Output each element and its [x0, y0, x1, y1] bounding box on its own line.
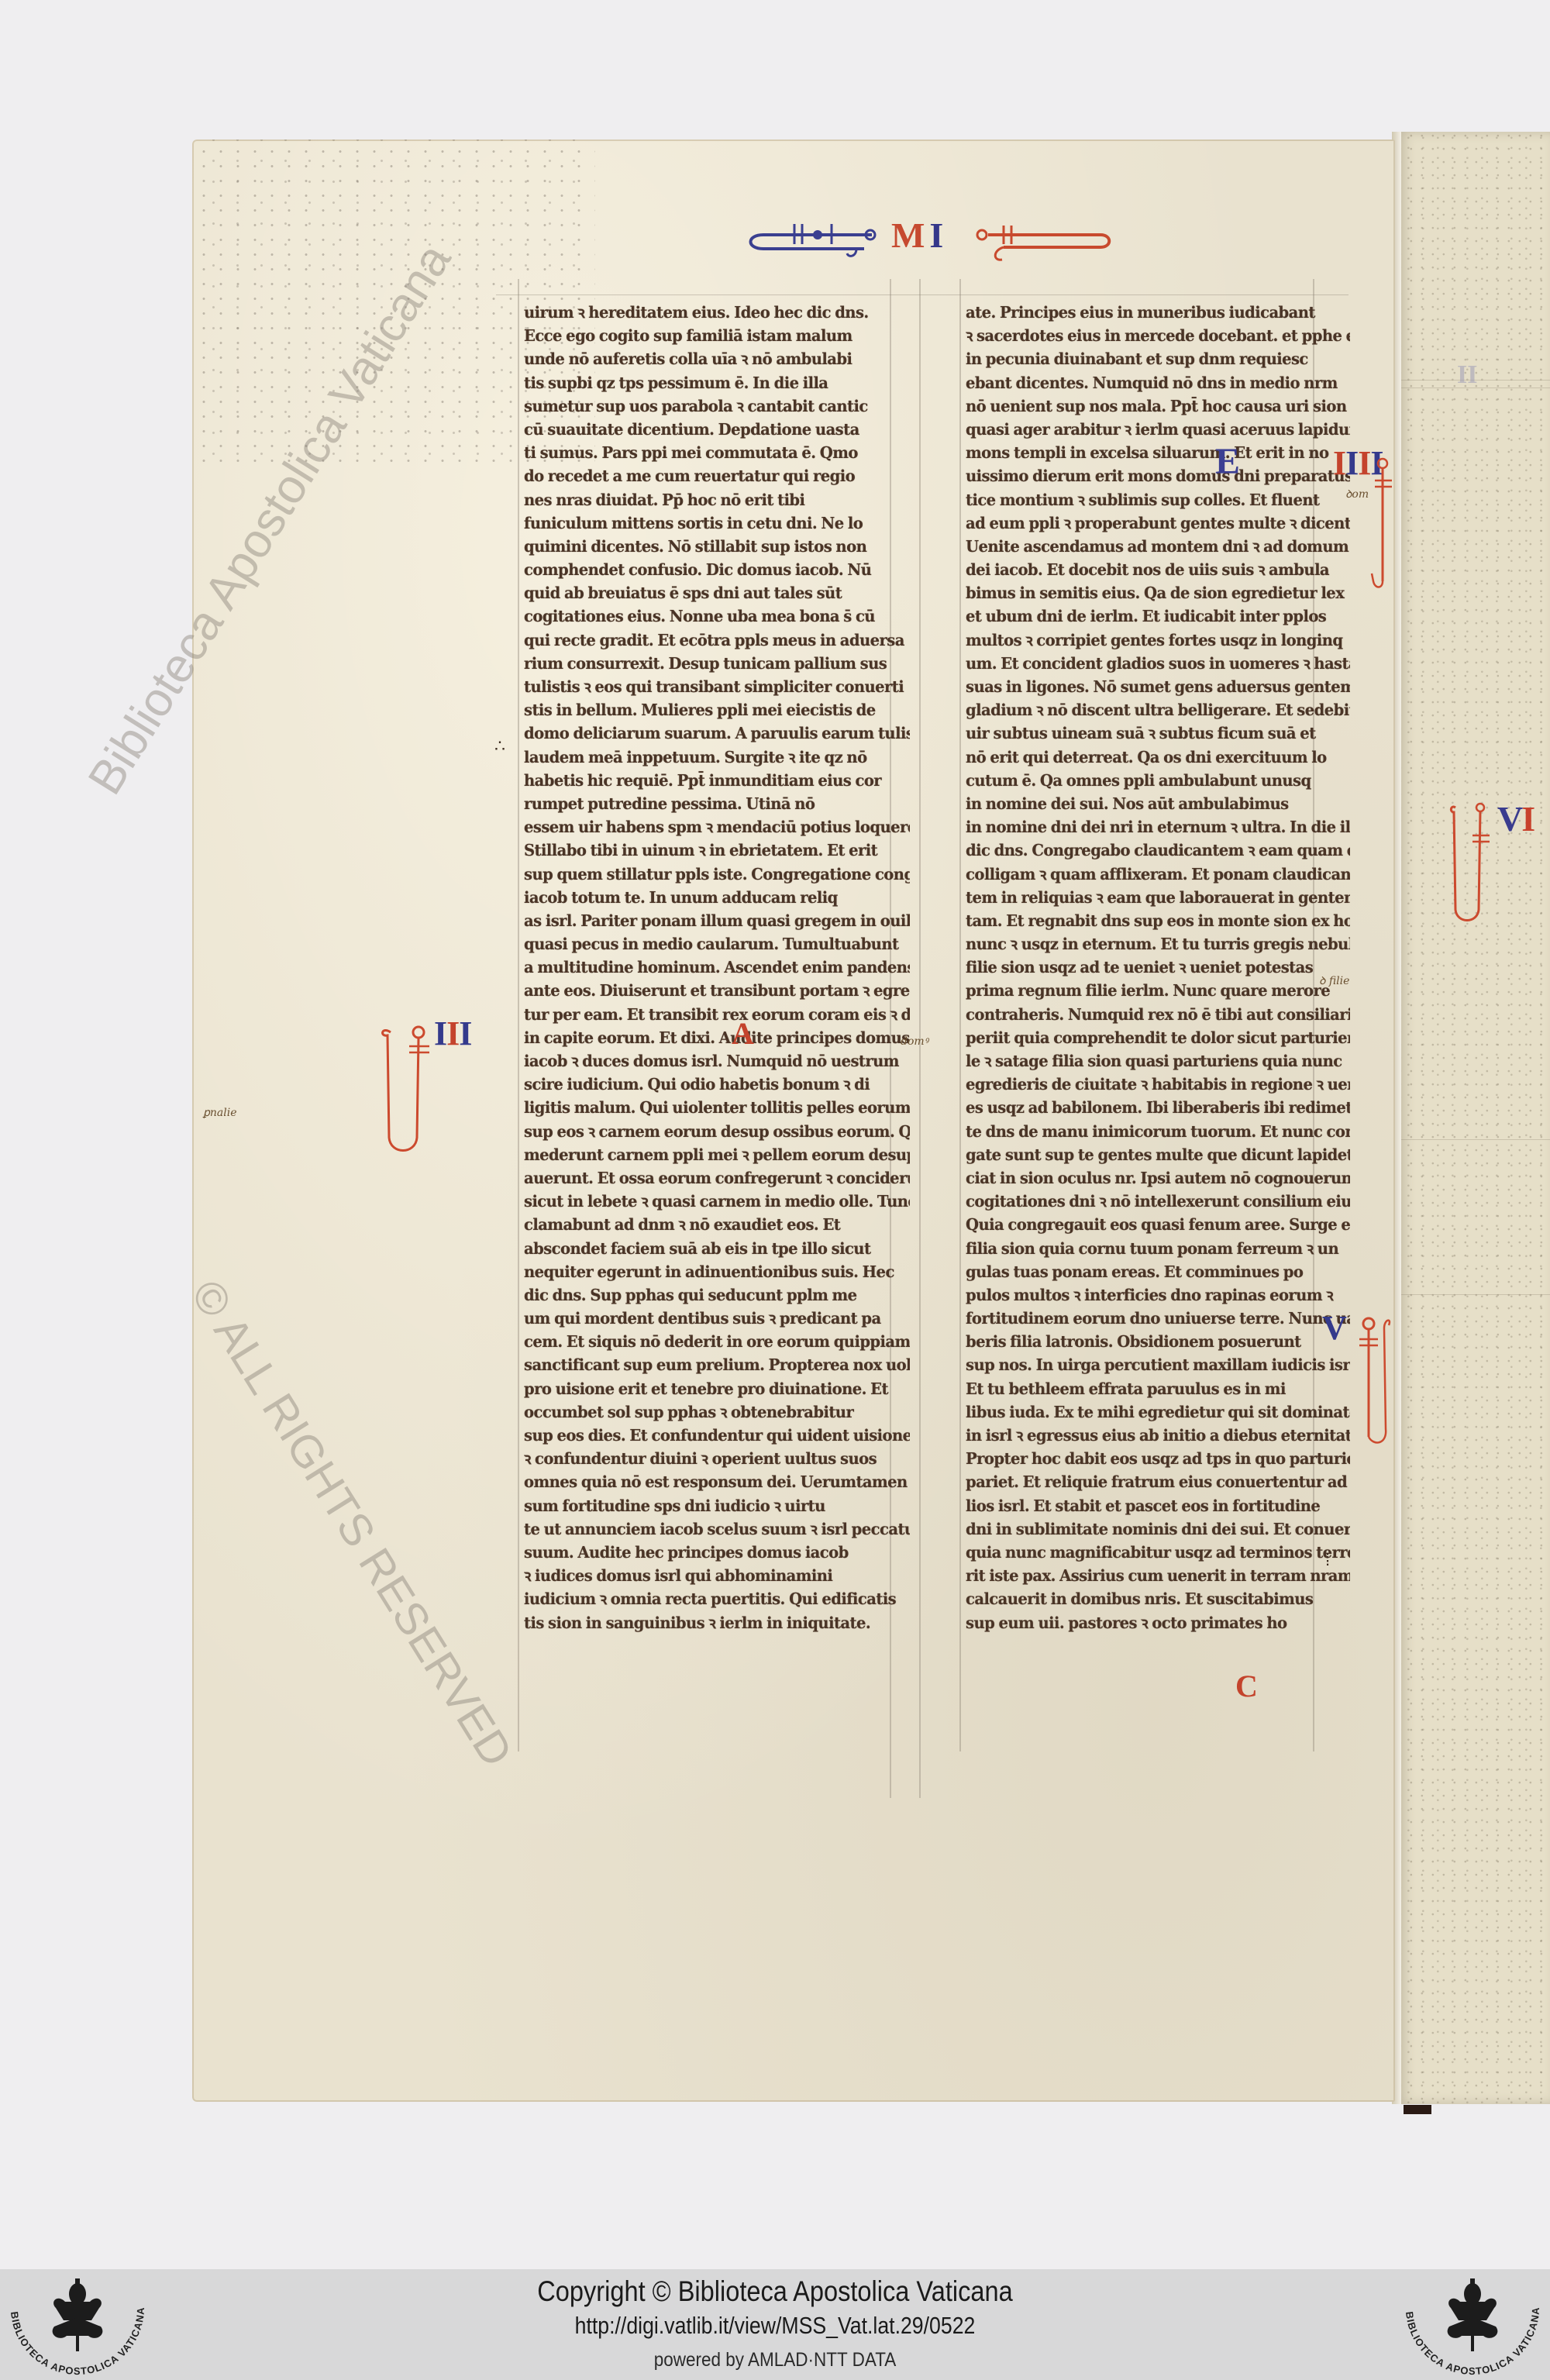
manuscript-text-line: um. Et concident gladios suos in uomeres…	[966, 652, 1335, 675]
manuscript-text-line: filia sion quia cornu tuum ponam ferreum…	[966, 1237, 1335, 1260]
manuscript-text-line: domo deliciarum suarum. A paruulis earum…	[524, 722, 894, 745]
manuscript-text-line: uir subtus uineam suā ꝛ subtus ficum suā…	[966, 722, 1335, 745]
manuscript-text-line: a multitudine hominum. Ascendet enim pan…	[524, 956, 894, 979]
manuscript-text-line: egredieris de ciuitate ꝛ habitabis in re…	[966, 1073, 1335, 1096]
manuscript-text-line: fortitudinem eorum dno uniuerse terre. N…	[966, 1307, 1335, 1330]
manuscript-text-line: uissimo dierum erit mons domus dni prepa…	[966, 464, 1335, 487]
manuscript-text-line: qui recte gradit. Et ecōtra ppls meus in…	[524, 629, 894, 652]
red-flourish-icon	[973, 219, 1112, 263]
manuscript-text-line: occumbet sol sup pphas ꝛ obtenebrabitur	[524, 1400, 894, 1424]
manuscript-text-line: sup eos ꝛ carnem eorum desup ossibus eor…	[524, 1120, 894, 1143]
manuscript-text-line: omnes quia nō est responsum dei. Uerumta…	[524, 1470, 894, 1493]
manuscript-text-line: clamabunt ad dnm ꝛ nō exaudiet eos. Et	[524, 1213, 894, 1236]
manuscript-text-line: Quia congregauit eos quasi fenum aree. S…	[966, 1213, 1335, 1236]
manuscript-text-line: abscondet faciem suā ab eis in tpe illo …	[524, 1237, 894, 1260]
manuscript-text-line: ligitis malum. Qui uiolenter tollitis pe…	[524, 1096, 894, 1119]
ruling-line	[959, 279, 961, 1751]
manuscript-text-line: scire iudicium. Qui odio habetis bonum ꝛ…	[524, 1073, 894, 1096]
manuscript-text-line: sup eos dies. Et confundentur qui uident…	[524, 1424, 894, 1447]
manuscript-text-line: suas in ligones. Nō sumet gens aduersus …	[966, 675, 1335, 698]
manuscript-text-line: comphendet confusio. Dic domus iacob. Nū	[524, 558, 894, 581]
running-title-letters: MI	[891, 215, 948, 256]
manuscript-text-line: Et tu bethleem effrata paruulus es in mi	[966, 1377, 1335, 1400]
chapter-flourish-icon	[1352, 1313, 1395, 1445]
chapter-number-5: V	[1322, 1308, 1346, 1348]
manuscript-text-line: le ꝛ satage filia sion quasi parturiens …	[966, 1049, 1335, 1073]
manuscript-text-line: stis in bellum. Mulieres ppli mei eiecis…	[524, 698, 894, 722]
manuscript-text-line: rumpet putredine pessima. Utinā nō	[524, 792, 894, 815]
manuscript-text-line: calcauerit in domibus nris. Et suscitabi…	[966, 1587, 1335, 1610]
manuscript-text-line: beris filia latronis. Obsidionem posueru…	[966, 1330, 1335, 1353]
manuscript-text-line: habetis hic requiē. Ppt̄ inmunditiam eiu…	[524, 769, 894, 792]
manuscript-text-line: nō uenient sup nos mala. Ppt̄ hoc causa …	[966, 394, 1335, 418]
manuscript-text-line: auerunt. Et ossa eorum confregerunt ꝛ co…	[524, 1166, 894, 1190]
ruling-line	[518, 279, 519, 1751]
text-column-right: ate. Principes eius in muneribus iudicab…	[966, 301, 1350, 1634]
manuscript-text-line: iacob ꝛ duces domus isrl. Numquid nō ues…	[524, 1049, 894, 1073]
manuscript-text-line: gulas tuas ponam ereas. Et comminues po	[966, 1260, 1335, 1283]
manuscript-text-line: prima regnum filie ierlm. Nunc quare mer…	[966, 979, 1335, 1002]
manuscript-text-line: unde nō auferetis colla uīa ꝛ nō ambulab…	[524, 347, 894, 370]
manuscript-text-line: tulistis ꝛ eos qui transibant simplicite…	[524, 675, 894, 698]
manuscript-text-line: et ubum dni de ierlm. Et iudicabit inter…	[966, 604, 1335, 628]
facing-chapter-number: VI	[1497, 798, 1534, 839]
copyright-text: Copyright © Biblioteca Apostolica Vatica…	[93, 2275, 1457, 2308]
manuscript-text-line: quid ab breuiatus ē sps dni aut tales sū…	[524, 581, 894, 604]
manuscript-text-line: cū suauitate dicentium. Depdatione uasta	[524, 418, 894, 441]
manuscript-text-line: cem. Et siquis nō dederit in ore eorum q…	[524, 1330, 894, 1353]
manuscript-text-line: in pecunia diuinabant et sup dnm requies…	[966, 347, 1335, 370]
manuscript-text-line: tur per eam. Et transibit rex eorum cora…	[524, 1003, 894, 1026]
manuscript-text-line: funiculum mittens sortis in cetu dni. Ne…	[524, 511, 894, 535]
manuscript-text-line: sumetur sup uos parabola ꝛ cantabit cant…	[524, 394, 894, 418]
manuscript-text-line: Propter hoc dabit eos usqz ad tps in quo…	[966, 1447, 1335, 1470]
manuscript-text-line: pulos multos ꝛ interficies dno rapinas e…	[966, 1283, 1335, 1307]
manuscript-text-line: sicut in lebete ꝛ quasi carnem in medio …	[524, 1190, 894, 1213]
manuscript-text-line: contraheris. Numquid rex nō ē tibi aut c…	[966, 1003, 1335, 1026]
manuscript-text-line: ante eos. Diuiserunt et transibunt porta…	[524, 979, 894, 1002]
manuscript-text-line: Ecce ego cogito sup familiā istam malum	[524, 324, 894, 347]
manuscript-text-line: do recedet a me cum reuertatur qui regio	[524, 464, 894, 487]
manuscript-text-line: tem in reliquias ꝛ eam que laborauerat i…	[966, 886, 1335, 909]
manuscript-text-line: essem uir habens spm ꝛ mendaciū potius l…	[524, 815, 894, 839]
manuscript-text-line: colligam ꝛ quam afflixeram. Et ponam cla…	[966, 863, 1335, 886]
chapter-flourish-icon	[377, 1021, 439, 1153]
manuscript-text-line: ꝛ iudices domus isrl qui abhominamini	[524, 1564, 894, 1587]
manuscript-text-line: rit iste pax. Assirius cum uenerit in te…	[966, 1564, 1335, 1587]
manuscript-text-line: ate. Principes eius in muneribus iudicab…	[966, 301, 1335, 324]
facing-folio	[1398, 132, 1550, 2104]
marginal-note-left: ꝑnalie	[203, 1107, 237, 1119]
manuscript-text-line: sup eum uii. pastores ꝛ octo primates ho	[966, 1611, 1335, 1634]
manuscript-text-line: te dns de manu inimicorum tuorum. Et nun…	[966, 1120, 1335, 1143]
manuscript-text-line: laudem meā inppetuum. Surgite ꝛ ite qz n…	[524, 746, 894, 769]
copyright-footer: BIBLIOTECA APOSTOLICA VATICANA Copyright…	[0, 2269, 1550, 2380]
vatican-library-logo-icon: BIBLIOTECA APOSTOLICA VATICANA	[1395, 2271, 1550, 2378]
manuscript-text-line: ꝛ confundentur diuini ꝛ operient uultus …	[524, 1447, 894, 1470]
manuscript-text-line: um qui mordent dentibus suis ꝛ predicant…	[524, 1307, 894, 1330]
manuscript-text-line: filie sion usqz ad te ueniet ꝛ ueniet po…	[966, 956, 1335, 979]
initial-a: A	[732, 1015, 754, 1052]
manuscript-text-line: tam. Et regnabit dns sup eos in monte si…	[966, 909, 1335, 932]
chapter-flourish-icon	[1369, 457, 1397, 589]
manuscript-text-line: cutum ē. Qa omnes ppli ambulabunt unusq	[966, 769, 1335, 792]
paraph-mark: ∴	[494, 736, 506, 756]
running-title: MI	[740, 219, 1112, 258]
manuscript-text-line: tis supbi qz tps pessimum ē. In die illa	[524, 371, 894, 394]
manuscript-text-line: libus iuda. Ex te mihi egredietur qui si…	[966, 1400, 1335, 1424]
manuscript-text-line: iacob totum te. In unum adducam reliq	[524, 886, 894, 909]
chapter-number-3: III	[434, 1014, 471, 1053]
marginal-note-filie: ꝺ filie	[1319, 973, 1349, 988]
paraph-mark: ⁞	[1325, 1550, 1331, 1570]
manuscript-text-line: pariet. Et reliquie fratrum eius conuert…	[966, 1470, 1335, 1493]
facing-flourish-icon	[1446, 801, 1493, 925]
manuscript-text-line: nequiter egerunt in adinuentionibus suis…	[524, 1260, 894, 1283]
manuscript-text-line: pro uisione erit et tenebre pro diuinati…	[524, 1377, 894, 1400]
manuscript-text-line: sanctificant sup eum prelium. Propterea …	[524, 1353, 894, 1376]
manuscript-text-line: in capite eorum. Et dixi. Audite princip…	[524, 1026, 894, 1049]
manuscript-text-line: lios isrl. Et stabit et pascet eos in fo…	[966, 1494, 1335, 1517]
ruling-line	[496, 294, 1348, 295]
marginal-note-dom: ꝺom	[1345, 487, 1369, 501]
manuscript-text-line: gate sunt sup te gentes multe que dicunt…	[966, 1143, 1335, 1166]
manuscript-text-line: mederunt carnem ppli mei ꝛ pellem eorum …	[524, 1143, 894, 1166]
manuscript-text-line: in nomine dei sui. Nos aūt ambulabimus	[966, 792, 1335, 815]
manuscript-text-line: as isrl. Pariter ponam illum quasi grege…	[524, 909, 894, 932]
manuscript-text-line: dic dns. Congregabo claudicantem ꝛ eam q…	[966, 839, 1335, 862]
manuscript-text-line: sum fortitudine sps dni iudicio ꝛ uirtu	[524, 1494, 894, 1517]
blue-flourish-icon	[740, 219, 887, 258]
manuscript-text-line: quasi ager arabitur ꝛ ierlm quasi aceruu…	[966, 418, 1335, 441]
manuscript-text-line: gladium ꝛ nō discent ultra belligerare. …	[966, 698, 1335, 722]
binding-tab	[1404, 2105, 1431, 2114]
manuscript-text-line: te ut annunciem iacob scelus suum ꝛ isrl…	[524, 1517, 894, 1541]
manuscript-text-line: periit quia comprehendit te dolor sicut …	[966, 1026, 1335, 1049]
manuscript-text-line: nō erit qui deterreat. Qa os dni exercit…	[966, 746, 1335, 769]
marginal-note-domus: domꝰ	[901, 1034, 928, 1049]
manuscript-text-line: quimini dicentes. Nō stillabit sup istos…	[524, 535, 894, 558]
initial-e: E	[1215, 440, 1240, 483]
initial-c: C	[1235, 1668, 1258, 1704]
manuscript-text-line: mons templi in excelsa siluarum. Et erit…	[966, 441, 1335, 464]
manuscript-text-line: uirum ꝛ hereditatem eius. Ideo hec dic d…	[524, 301, 894, 324]
manuscript-text-line: sup nos. In uirga percutient maxillam iu…	[966, 1353, 1335, 1376]
manuscript-text-line: tice montium ꝛ sublimis sup colles. Et f…	[966, 488, 1335, 511]
manuscript-text-line: ciat in sion oculus nr. Ipsi autem nō co…	[966, 1166, 1335, 1190]
manuscript-text-line: quia nunc magnificabitur usqz ad termino…	[966, 1541, 1335, 1564]
manuscript-text-line: dei iacob. Et docebit nos de uiis suis ꝛ…	[966, 558, 1335, 581]
manuscript-text-line: sup quem stillatur ppls iste. Congregati…	[524, 863, 894, 886]
manuscript-text-line: bimus in semitis eius. Qa de sion egredi…	[966, 581, 1335, 604]
manuscript-text-line: ebant dicentes. Numquid nō dns in medio …	[966, 371, 1335, 394]
manuscript-text-line: Uenite ascendamus ad montem dni ꝛ ad dom…	[966, 535, 1335, 558]
manuscript-text-line: ad eum ppli ꝛ properabunt gentes multe ꝛ…	[966, 511, 1335, 535]
powered-by-text: powered by AMLAD·NTT DATA	[77, 2349, 1472, 2371]
manuscript-text-line: in isrl ꝛ egressus eius ab initio a dieb…	[966, 1424, 1335, 1447]
manuscript-text-line: ꝛ sacerdotes eius in mercede docebant. e…	[966, 324, 1335, 347]
manuscript-text-line: multos ꝛ corripiet gentes fortes usqz in…	[966, 629, 1335, 652]
manuscript-text-line: ti sumus. Pars ppi mei commutata ē. Qmo	[524, 441, 894, 464]
manuscript-text-line: iudicium ꝛ omnia recta puertitis. Qui ed…	[524, 1587, 894, 1610]
manuscript-text-line: dic dns. Sup pphas qui seducunt pplm me	[524, 1283, 894, 1307]
facing-ghost-chapter-number: II	[1457, 360, 1477, 390]
manuscript-text-line: suum. Audite hec principes domus iacob	[524, 1541, 894, 1564]
manuscript-text-line: quasi pecus in medio caularum. Tumultuab…	[524, 932, 894, 956]
text-column-left: uirum ꝛ hereditatem eius. Ideo hec dic d…	[524, 301, 910, 1634]
manuscript-text-line: nes nras diuidat. Pp̄ hoc nō erit tibi	[524, 488, 894, 511]
manuscript-text-line: rium consurrexit. Desup tunicam pallium …	[524, 652, 894, 675]
manuscript-text-line: es usqz ad babilonem. Ibi liberaberis ib…	[966, 1096, 1335, 1119]
manuscript-text-line: cogitationes dni ꝛ nō intellexerunt cons…	[966, 1190, 1335, 1213]
manuscript-text-line: tis sion in sanguinibus ꝛ ierlm in iniqu…	[524, 1611, 894, 1634]
manuscript-text-line: dni in sublimitate nominis dni dei sui. …	[966, 1517, 1335, 1541]
manuscript-text-line: in nomine dni dei nri in eternum ꝛ ultra…	[966, 815, 1335, 839]
manuscript-text-line: nunc ꝛ usqz in eternum. Et tu turris gre…	[966, 932, 1335, 956]
manuscript-text-line: cogitationes eius. Nonne uba mea bona s̄…	[524, 604, 894, 628]
manuscript-text-line: Stillabo tibi in uinum ꝛ in ebrietatem. …	[524, 839, 894, 862]
source-url[interactable]: http://digi.vatlib.it/view/MSS_Vat.lat.2…	[108, 2312, 1441, 2340]
